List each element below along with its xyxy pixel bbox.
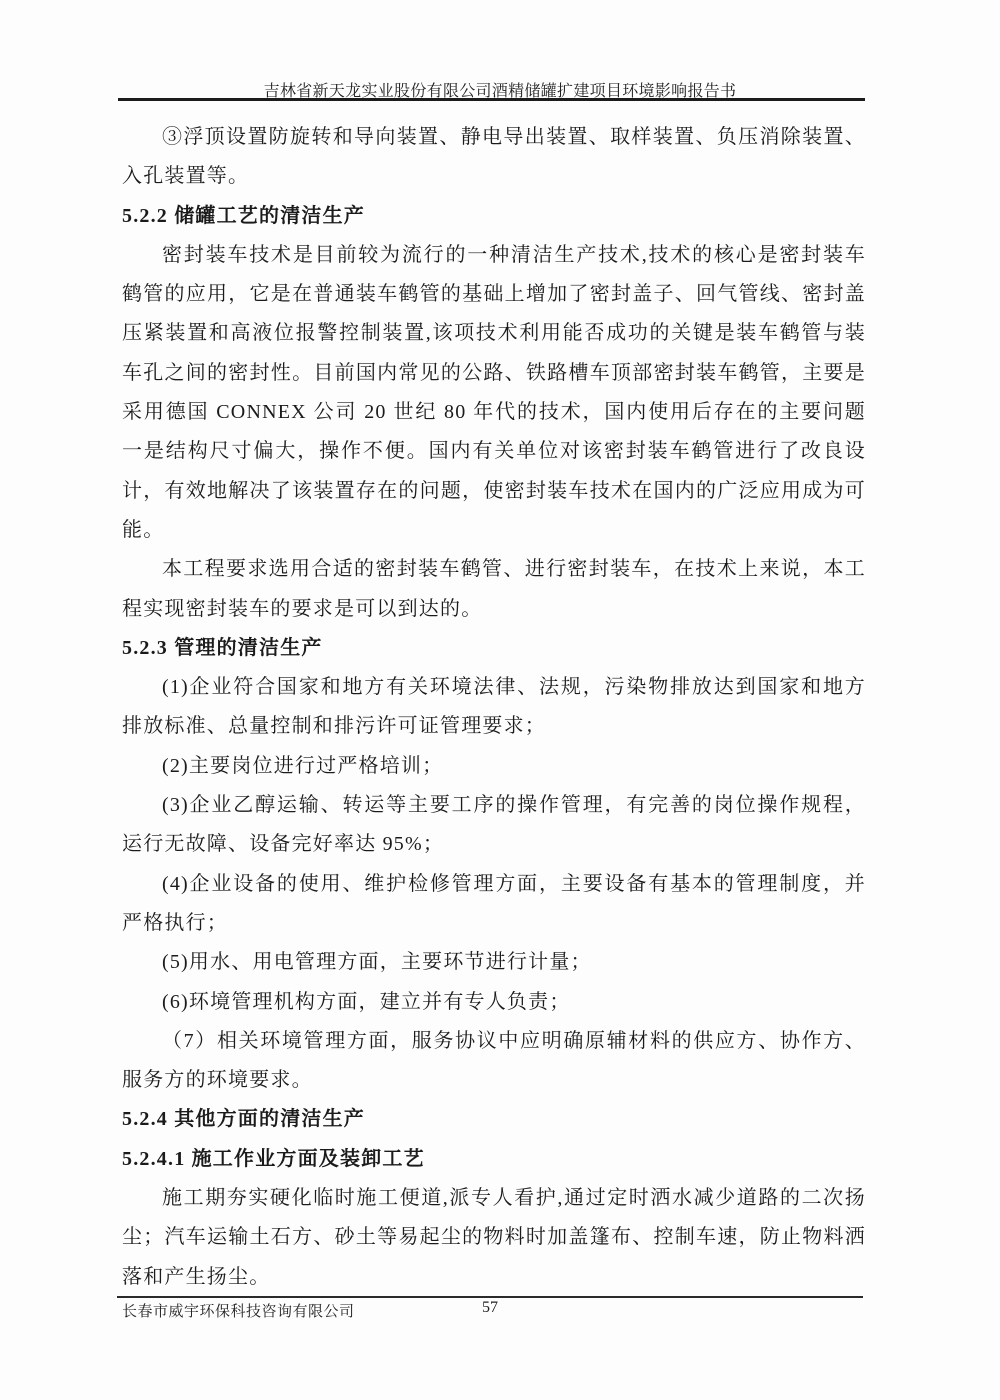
paragraph-project-loading-requirement: 本工程要求选用合适的密封装车鹤管、进行密封装车，在技术上来说，本工程实现密封装车… (122, 550, 866, 629)
footer-company-name: 长春市威宇环保科技咨询有限公司 (122, 1300, 355, 1321)
list-item-3: (3)企业乙醇运输、转运等主要工序的操作管理，有完善的岗位操作规程，运行无故障、… (122, 786, 866, 865)
section-heading-5-2-3: 5.2.3 管理的清洁生产 (122, 629, 866, 668)
footer-rule (117, 1296, 863, 1298)
list-item-5: (5)用水、用电管理方面，主要环节进行计量； (122, 943, 866, 982)
document-page: 吉林省新天龙实业股份有限公司酒精储罐扩建项目环境影响报告书 ③浮顶设置防旋转和导… (0, 0, 1000, 1400)
list-item-2: (2)主要岗位进行过严格培训； (122, 747, 866, 786)
document-body: ③浮顶设置防旋转和导向装置、静电导出装置、取样装置、负压消除装置、入孔装置等。 … (122, 118, 866, 1297)
page-number: 57 (430, 1299, 550, 1317)
section-heading-5-2-2: 5.2.2 储罐工艺的清洁生产 (122, 197, 866, 236)
paragraph-floating-roof-devices: ③浮顶设置防旋转和导向装置、静电导出装置、取样装置、负压消除装置、入孔装置等。 (122, 118, 866, 197)
list-item-7: （7）相关环境管理方面，服务协议中应明确原辅材料的供应方、协作方、服务方的环境要… (122, 1022, 866, 1101)
paragraph-sealed-loading-technology: 密封装车技术是目前较为流行的一种清洁生产技术,技术的核心是密封装车鹤管的应用，它… (122, 236, 866, 550)
list-item-4: (4)企业设备的使用、维护检修管理方面，主要设备有基本的管理制度，并严格执行； (122, 865, 866, 944)
paragraph-construction-dust-control: 施工期夯实硬化临时施工便道,派专人看护,通过定时洒水减少道路的二次扬尘；汽车运输… (122, 1179, 866, 1297)
list-item-1: (1)企业符合国家和地方有关环境法律、法规，污染物排放达到国家和地方排放标准、总… (122, 668, 866, 747)
list-item-6: (6)环境管理机构方面，建立并有专人负责； (122, 983, 866, 1022)
section-heading-5-2-4: 5.2.4 其他方面的清洁生产 (122, 1100, 866, 1139)
section-heading-5-2-4-1: 5.2.4.1 施工作业方面及装卸工艺 (122, 1140, 866, 1179)
header-rule (118, 98, 865, 101)
